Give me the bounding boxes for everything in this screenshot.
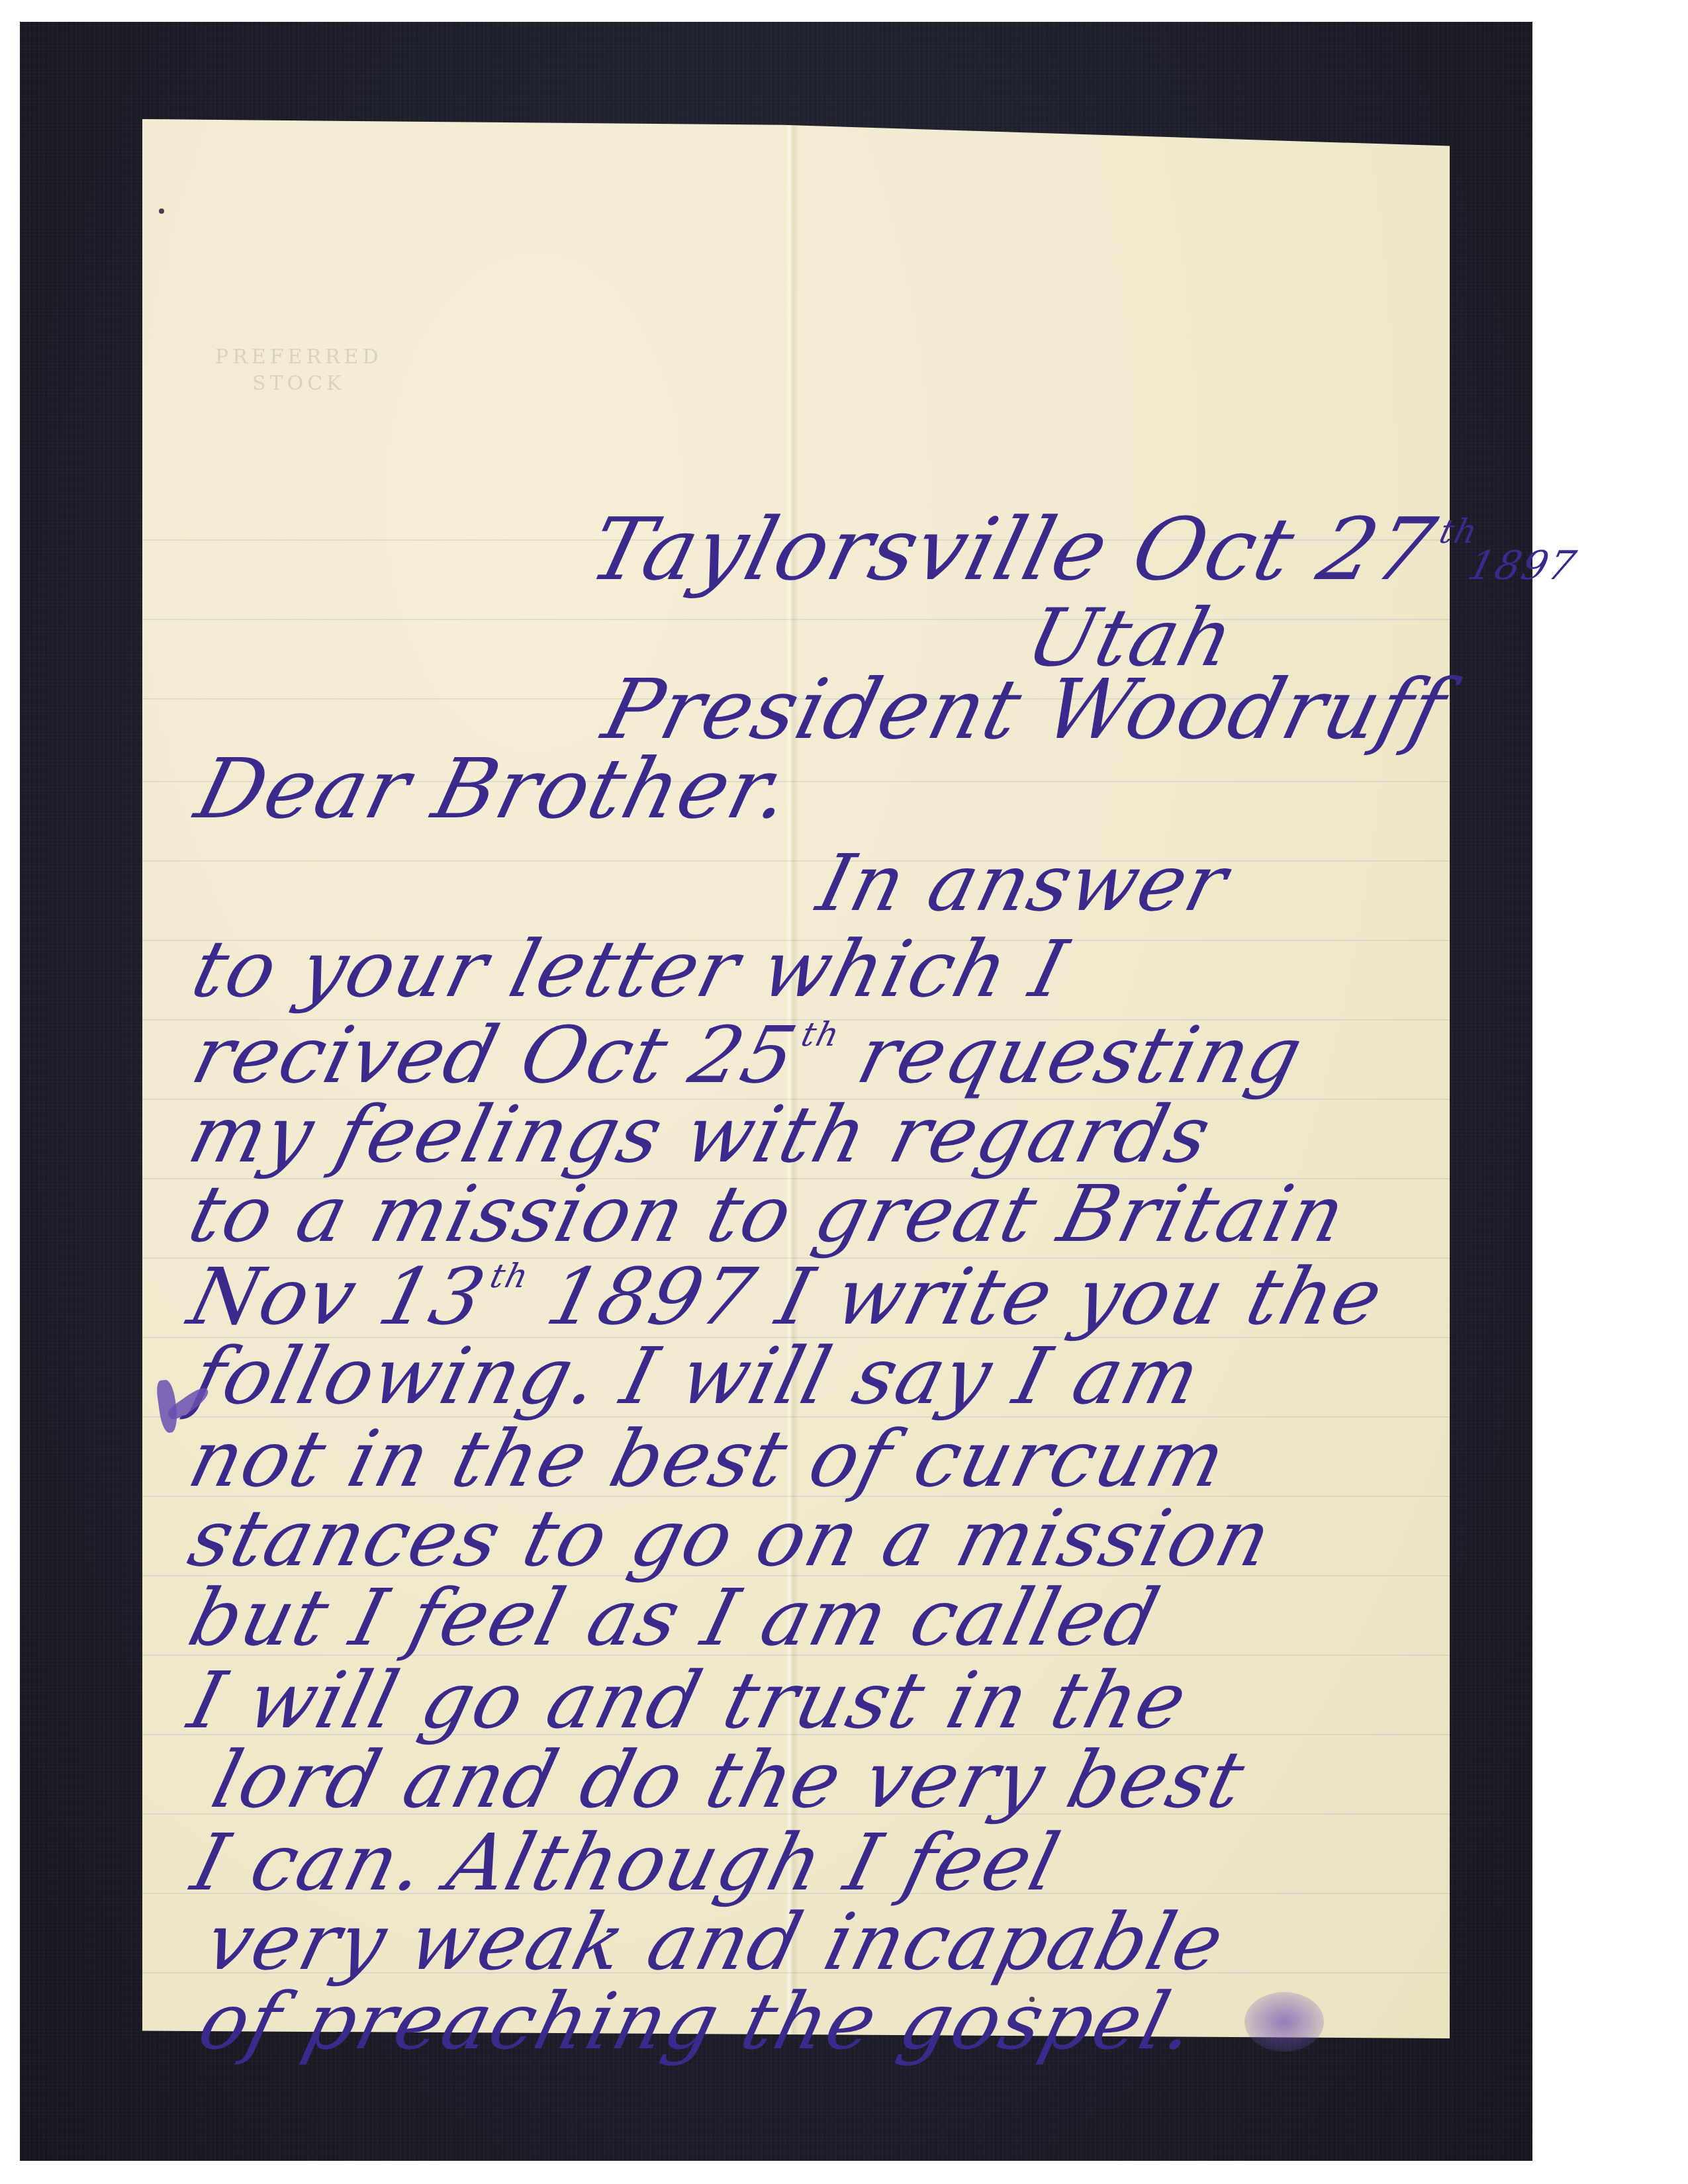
body-line-12: lord and do the very best: [205, 1741, 1252, 1819]
body-line-9: stances to go on a mission: [182, 1499, 1280, 1577]
ink-smudge: [1244, 1992, 1324, 2052]
body-line-6: Nov 13th 1897 I write you the: [182, 1257, 1391, 1336]
body-line-4: my feelings with regards: [182, 1095, 1219, 1173]
body-line-7: following. I will say I am: [185, 1337, 1208, 1415]
date-month-day: Oct 27: [1123, 499, 1446, 600]
embossed-stamp: PREFERRED STOCK: [215, 344, 383, 397]
body-line-11: I will go and trust in the: [182, 1661, 1196, 1739]
place-name: Taylorsville: [581, 499, 1119, 600]
body-line-13: I can. Although I feel: [185, 1823, 1068, 1901]
body-line-3: recived Oct 25th requesting: [185, 1016, 1311, 1094]
ruled-line: [142, 860, 1450, 862]
ordinal-suffix: th: [487, 1257, 534, 1295]
body-line-5: to a mission to great Britain: [182, 1175, 1354, 1253]
emboss-line-1: PREFERRED: [215, 344, 383, 371]
ruled-line: [142, 619, 1450, 620]
body-line-3-rest: requesting: [849, 1009, 1312, 1101]
date-year: 1897: [1464, 543, 1581, 589]
body-line-3-text: recived Oct 25: [184, 1009, 806, 1101]
emboss-line-2: STOCK: [215, 371, 383, 397]
body-line-6-rest: 1897 I write you the: [538, 1251, 1393, 1342]
paper-speck: [159, 208, 164, 214]
body-line-15: of preaching the gospel.: [192, 1982, 1204, 2060]
body-line-6-text: Nov 13: [181, 1251, 495, 1342]
body-line-8: not in the best of curcum: [182, 1420, 1234, 1498]
body-line-14: very weak and incapable: [199, 1903, 1232, 1981]
body-line-1: In answer: [811, 844, 1236, 922]
body-line-10: but I feel as I am called: [182, 1578, 1167, 1657]
heading-place-date: Taylorsville Oct 27th1897: [583, 506, 1590, 592]
ordinal-suffix: th: [798, 1015, 845, 1054]
addressee: President Woodruff: [596, 668, 1454, 751]
salutation: Dear Brother.: [189, 748, 800, 831]
body-line-2: to your letter which I: [185, 930, 1075, 1008]
